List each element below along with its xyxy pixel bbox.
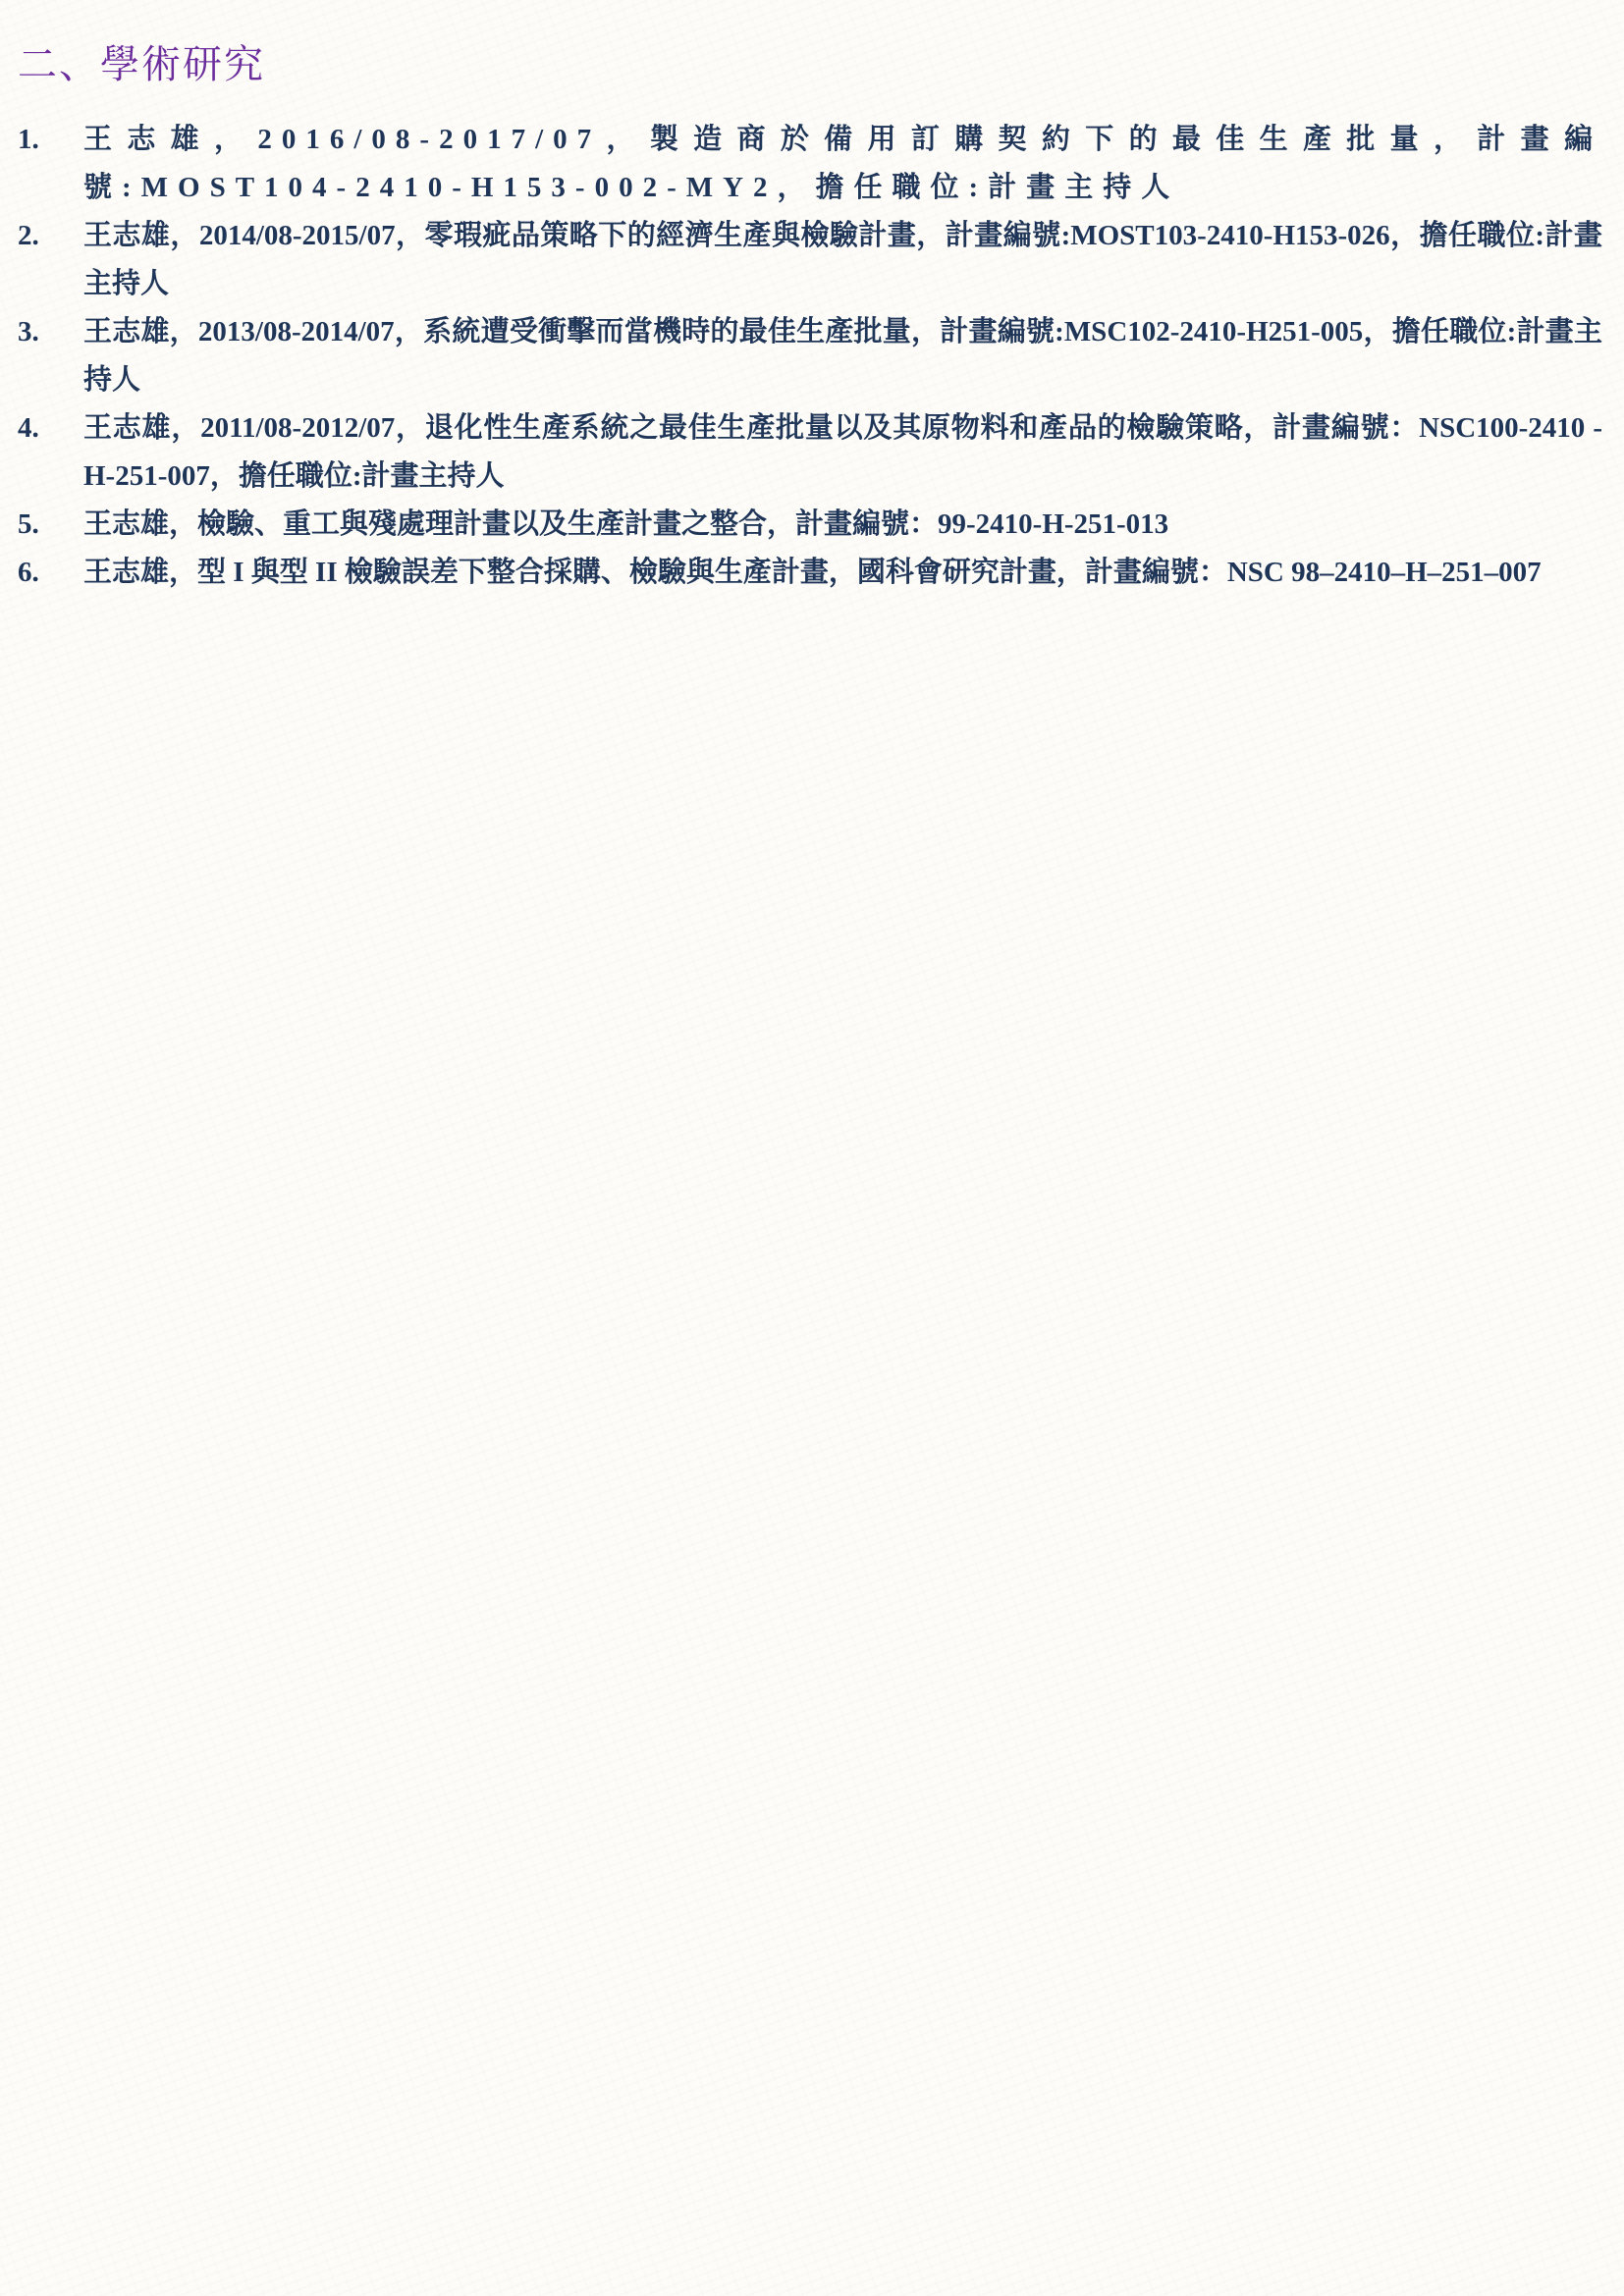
item-number: 4.: [18, 404, 39, 453]
item-text: 王志雄，2014/08-2015/07，零瑕疵品策略下的經濟生產與檢驗計畫，計畫…: [83, 212, 1602, 308]
item-text: 王志雄，2016/08-2017/07，製造商於備用訂購契約下的最佳生產批量，計…: [83, 116, 1602, 212]
item-text: 王志雄，2013/08-2014/07，系統遭受衝擊而當機時的最佳生產批量，計畫…: [83, 308, 1602, 404]
list-item: 1. 王志雄，2016/08-2017/07，製造商於備用訂購契約下的最佳生產批…: [0, 116, 1624, 212]
item-number: 5.: [18, 501, 39, 549]
item-number: 6.: [18, 549, 39, 597]
item-number: 1.: [18, 116, 39, 164]
item-number: 3.: [18, 308, 39, 356]
list-item: 5. 王志雄，檢驗、重工與殘處理計畫以及生產計畫之整合，計畫編號：99-2410…: [0, 501, 1624, 549]
list-item: 4. 王志雄，2011/08-2012/07，退化性生產系統之最佳生產批量以及其…: [0, 404, 1624, 501]
item-text: 王志雄，檢驗、重工與殘處理計畫以及生產計畫之整合，計畫編號：99-2410-H-…: [83, 501, 1602, 549]
section-title: 二、學術研究: [18, 37, 265, 92]
document-page: 二、學術研究 1. 王志雄，2016/08-2017/07，製造商於備用訂購契約…: [0, 0, 1624, 2296]
item-number: 2.: [18, 212, 39, 260]
research-project-list: 1. 王志雄，2016/08-2017/07，製造商於備用訂購契約下的最佳生產批…: [0, 116, 1624, 597]
list-item: 2. 王志雄，2014/08-2015/07，零瑕疵品策略下的經濟生產與檢驗計畫…: [0, 212, 1624, 308]
list-item: 3. 王志雄，2013/08-2014/07，系統遭受衝擊而當機時的最佳生產批量…: [0, 308, 1624, 404]
item-text: 王志雄，型 I 與型 II 檢驗誤差下整合採購、檢驗與生產計畫，國科會研究計畫，…: [83, 549, 1602, 597]
item-text: 王志雄，2011/08-2012/07，退化性生產系統之最佳生產批量以及其原物料…: [83, 404, 1602, 501]
list-item: 6. 王志雄，型 I 與型 II 檢驗誤差下整合採購、檢驗與生產計畫，國科會研究…: [0, 549, 1624, 597]
